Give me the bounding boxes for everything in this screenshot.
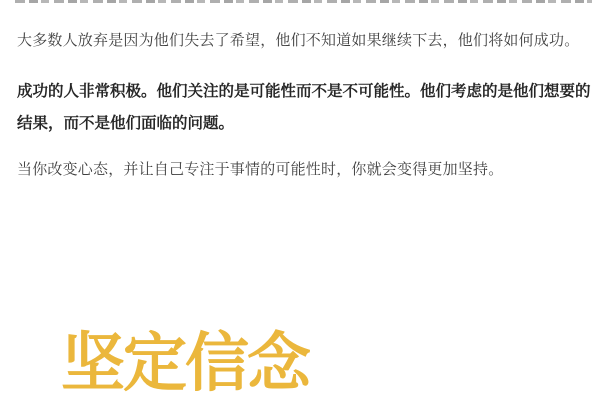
paragraph-successful-people-bold: 成功的人非常积极。他们关注的是可能性而不是不可能性。他们考虑的是他们想要的结果，…: [17, 76, 594, 140]
clipped-text-line: [15, 0, 592, 3]
paragraph-change-mindset: 当你改变心态，并让自己专注于事情的可能性时，你就会变得更加坚持。: [17, 158, 595, 182]
headline-gold-text: 坚定信念: [61, 328, 309, 400]
paragraph-most-people-give-up: 大多数人放弃是因为他们失去了希望，他们不知道如果继续下去，他们将如何成功。: [17, 29, 595, 53]
article-page: 大多数人放弃是因为他们失去了希望，他们不知道如果继续下去，他们将如何成功。 成功…: [0, 0, 600, 400]
